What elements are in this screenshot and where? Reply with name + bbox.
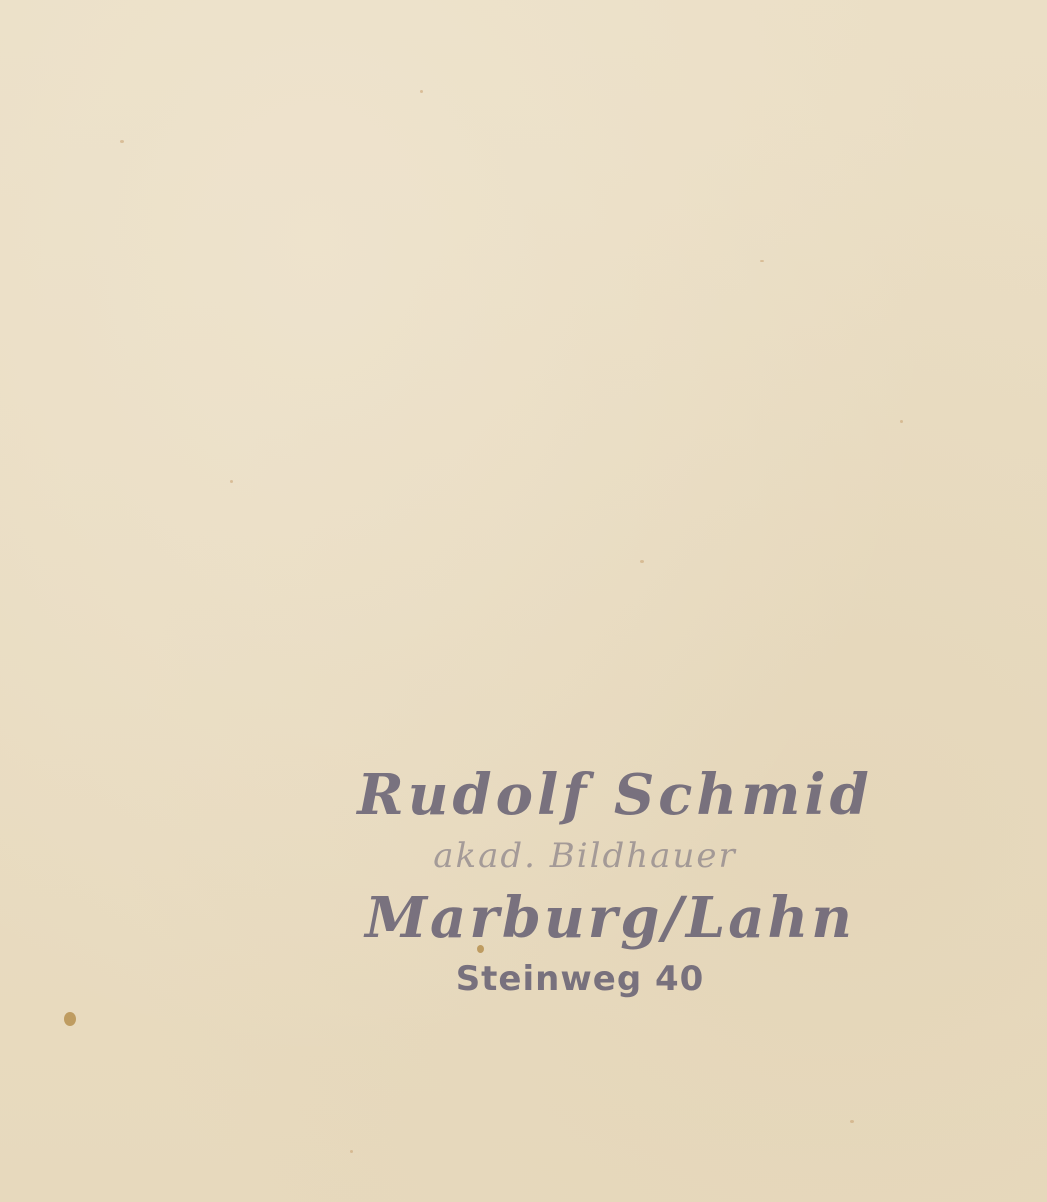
- stamp-city: Marburg/Lahn: [315, 882, 905, 954]
- stamp-name: Rudolf Schmid: [325, 760, 905, 830]
- paper-fleck: [350, 1150, 353, 1153]
- stain-spot: [64, 1012, 76, 1026]
- paper-fleck: [230, 480, 233, 483]
- paper-fleck: [900, 420, 903, 423]
- stamp-title: akad. Bildhauer: [265, 830, 905, 882]
- aged-paper: Rudolf Schmid akad. Bildhauer Marburg/La…: [0, 0, 1047, 1202]
- paper-fleck: [760, 260, 764, 262]
- ink-stamp: Rudolf Schmid akad. Bildhauer Marburg/La…: [285, 760, 905, 1004]
- paper-fleck: [640, 560, 644, 563]
- stamp-street: Steinweg 40: [255, 954, 905, 1004]
- paper-fleck: [120, 140, 124, 143]
- paper-fleck: [420, 90, 423, 93]
- paper-fleck: [850, 1120, 854, 1123]
